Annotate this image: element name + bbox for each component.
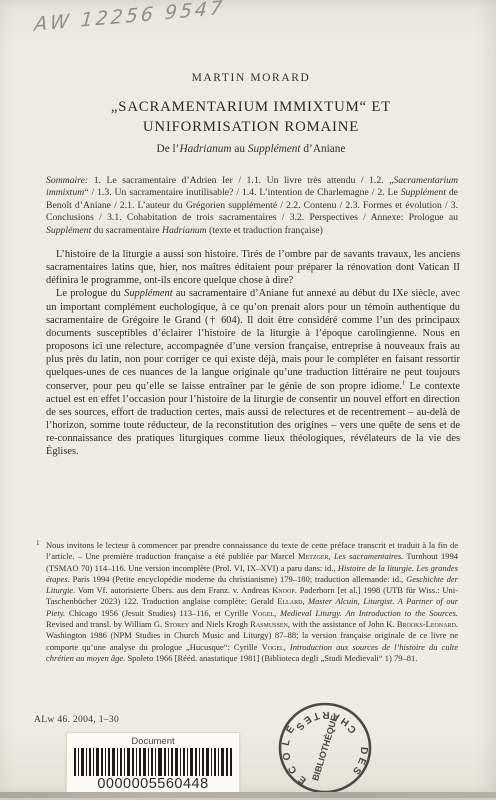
article-title: „SACRAMENTARIUM IMMIXTUM“ ET UNIFORMISAT… [34,97,468,137]
scanned-article-page: AW 12256 9547 MARTIN MORARD „SACRAMENTAR… [0,0,496,800]
stamp-text-des: DES [348,746,369,778]
body-paragraph-1: L’histoire de la liturgie a aussi son hi… [46,248,460,287]
body-paragraph-2: Le prologue du Supplément au sacramentai… [46,287,460,458]
footnote-1: 1Nous invitons le lecteur à commencer pa… [46,540,458,664]
library-barcode-sticker: Document 0000005560448 [66,732,240,797]
article-title-line2: UNIFORMISATION ROMAINE [34,117,468,137]
article-title-line1: „SACRAMENTARIUM IMMIXTUM“ ET [34,97,468,117]
barcode-bars [74,748,232,776]
summary-block: Sommaire: 1. Le sacramentaire d’Adrien I… [46,175,458,237]
stamp-text-bibliotheque: BIBLIOTHÈQUE [310,714,339,782]
svg-text:DES: DES [348,746,369,778]
journal-reference: ALw 46. 2004, 1–30 [34,714,119,725]
footnote-text: Nous invitons le lecteur à commencer par… [46,540,458,663]
barcode-label: Document [67,736,239,747]
article-author: MARTIN MORARD [44,72,458,84]
article-body: L’histoire de la liturgie a aussi son hi… [46,248,460,459]
library-stamp: ECOLE CHARTES DES BIBLIOTHÈQUE [272,698,378,798]
article-subtitle: De l’Hadrianum au Supplément d’Aniane [44,143,458,155]
footnote-marker: 1 [36,538,40,549]
handwritten-shelfmark: AW 12256 9547 [33,0,254,36]
barcode-number: 0000005560448 [67,776,239,792]
